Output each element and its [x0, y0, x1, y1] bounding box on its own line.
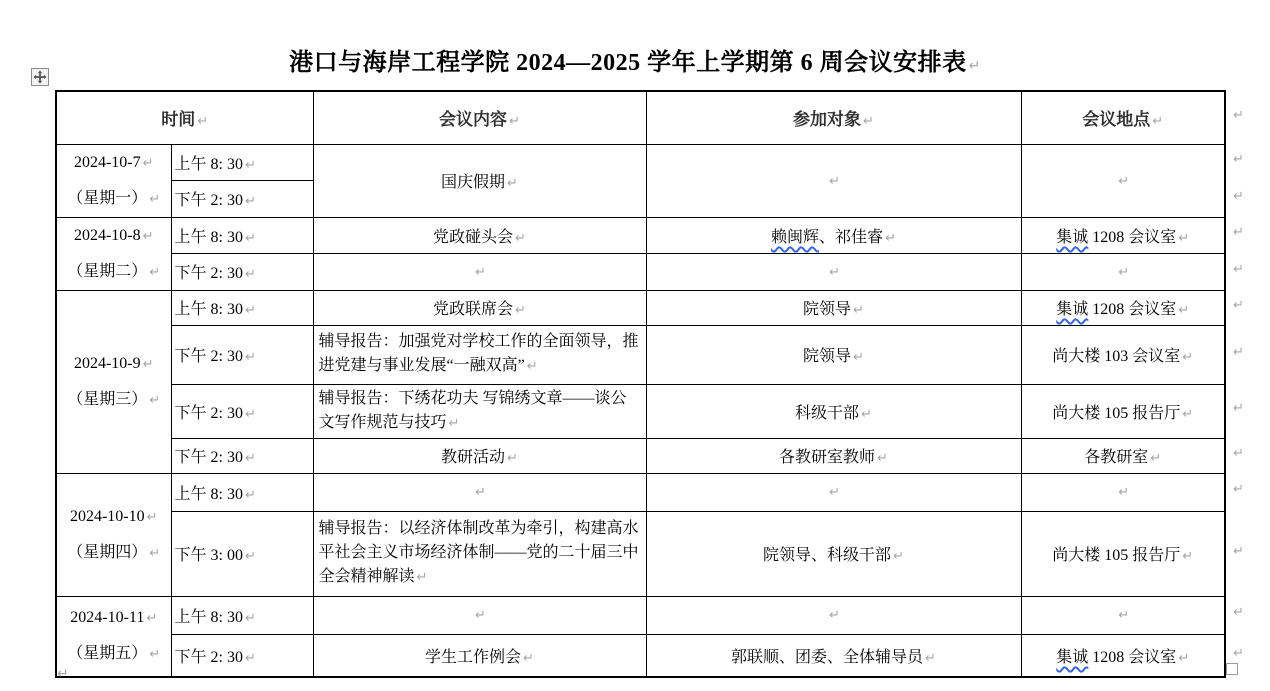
- pilcrow-mark: ↵: [449, 416, 460, 431]
- cell-participants[interactable]: 科级干部↵: [646, 384, 1021, 438]
- pilcrow-mark: ↵: [925, 651, 936, 666]
- cell-content[interactable]: 辅导报告：下绣花功夫 写锦绣文章——谈公文写作规范与技巧↵: [313, 384, 646, 438]
- pilcrow-mark: ↵: [146, 611, 157, 626]
- cell-participants[interactable]: 各教研室教师↵: [646, 438, 1021, 473]
- schedule-table: 时间↵ 会议内容↵ 参加对象↵ 会议地点↵ 2024-10-7↵ （星期一）↵ …: [55, 90, 1226, 678]
- pilcrow-mark: ↵: [853, 350, 864, 365]
- pilcrow-mark: ↵: [1182, 350, 1193, 365]
- pilcrow-mark: ↵: [507, 176, 518, 191]
- pilcrow-mark: ↵: [245, 194, 256, 209]
- table-row: 下午 2: 30↵ ↵ ↵ ↵: [56, 254, 1225, 291]
- pilcrow-mark: ↵: [475, 485, 486, 500]
- table-row: 下午 3: 00↵ 辅导报告：以经济体制改革为牵引，构建高水平社会主义市场经济体…: [56, 511, 1225, 596]
- pilcrow-mark: ↵: [143, 229, 154, 244]
- cell-content[interactable]: 党政碰头会↵: [313, 217, 646, 254]
- misspelled-word: 集诚: [1056, 649, 1088, 666]
- pilcrow-mark: ↵: [515, 231, 526, 246]
- pilcrow-mark: ↵: [245, 451, 256, 466]
- pilcrow-mark: ↵: [829, 265, 840, 280]
- cell-date[interactable]: 2024-10-7↵ （星期一）↵: [56, 144, 171, 217]
- table-header-row: 时间↵ 会议内容↵ 参加对象↵ 会议地点↵: [56, 91, 1225, 144]
- end-of-row-mark: ↵: [1233, 225, 1244, 240]
- pilcrow-mark: ↵: [523, 651, 534, 666]
- cell-date[interactable]: 2024-10-8↵ （星期二）↵: [56, 217, 171, 290]
- cell-time[interactable]: 上午 8: 30↵: [171, 473, 313, 511]
- pilcrow-mark: ↵: [829, 174, 840, 189]
- cell-time[interactable]: 上午 8: 30↵: [171, 144, 313, 181]
- cell-participants[interactable]: 赖闽辉、祁佳睿↵: [646, 217, 1021, 254]
- cell-content[interactable]: 党政联席会↵: [313, 290, 646, 325]
- pilcrow-mark: ↵: [527, 359, 538, 374]
- cell-participants[interactable]: 郭联顺、团委、全体辅导员↵: [646, 634, 1021, 677]
- pilcrow-mark: ↵: [853, 303, 864, 318]
- cell-time[interactable]: 下午 2: 30↵: [171, 438, 313, 473]
- header-time[interactable]: 时间↵: [56, 91, 313, 144]
- cell-participants[interactable]: ↵: [646, 473, 1021, 511]
- pilcrow-mark: ↵: [861, 407, 872, 422]
- cell-time[interactable]: 下午 2: 30↵: [171, 634, 313, 677]
- pilcrow-mark: ↵: [417, 570, 428, 585]
- table-row: 2024-10-9↵ （星期三）↵ 上午 8: 30↵ 党政联席会↵ 院领导↵ …: [56, 290, 1225, 325]
- cell-time[interactable]: 下午 2: 30↵: [171, 254, 313, 291]
- cell-location[interactable]: ↵: [1021, 473, 1225, 511]
- cell-participants[interactable]: 院领导↵: [646, 325, 1021, 384]
- pilcrow-mark: ↵: [1150, 451, 1161, 466]
- end-of-row-mark: ↵: [1233, 446, 1244, 461]
- pilcrow-mark: ↵: [245, 231, 256, 246]
- pilcrow-mark: ↵: [245, 651, 256, 666]
- cell-participants[interactable]: ↵: [646, 144, 1021, 217]
- pilcrow-mark: ↵: [1152, 114, 1163, 129]
- cell-location[interactable]: 集诚 1208 会议室↵: [1021, 634, 1225, 677]
- pilcrow-mark: ↵: [245, 267, 256, 282]
- pilcrow-mark: ↵: [1182, 407, 1193, 422]
- cell-date[interactable]: 2024-10-11↵ （星期五）↵: [56, 596, 171, 677]
- cell-content[interactable]: 学生工作例会↵: [313, 634, 646, 677]
- pilcrow-mark: ↵: [885, 231, 896, 246]
- cell-location[interactable]: 集诚 1208 会议室↵: [1021, 290, 1225, 325]
- pilcrow-mark: ↵: [245, 611, 256, 626]
- pilcrow-mark: ↵: [1178, 651, 1189, 666]
- pilcrow-mark: ↵: [149, 192, 160, 207]
- table-row: 下午 2: 30↵ 辅导报告：加强党对学校工作的全面领导，推进党建与事业发展“一…: [56, 325, 1225, 384]
- cell-location[interactable]: ↵: [1021, 596, 1225, 634]
- end-of-row-mark: ↵: [1233, 401, 1244, 416]
- table-row: 2024-10-8↵ （星期二）↵ 上午 8: 30↵ 党政碰头会↵ 赖闽辉、祁…: [56, 217, 1225, 254]
- cell-participants[interactable]: ↵: [646, 596, 1021, 634]
- table-row: 下午 2: 30↵ 教研活动↵ 各教研室教师↵ 各教研室↵: [56, 438, 1225, 473]
- pilcrow-mark: ↵: [893, 549, 904, 564]
- pilcrow-mark: ↵: [1118, 174, 1129, 189]
- cell-time[interactable]: 下午 2: 30↵: [171, 384, 313, 438]
- pilcrow-mark: ↵: [507, 451, 518, 466]
- cell-time[interactable]: 上午 8: 30↵: [171, 217, 313, 254]
- table-row: 下午 2: 30↵ 辅导报告：下绣花功夫 写锦绣文章——谈公文写作规范与技巧↵ …: [56, 384, 1225, 438]
- pilcrow-mark: ↵: [143, 156, 154, 171]
- cell-time[interactable]: 上午 8: 30↵: [171, 596, 313, 634]
- page-title[interactable]: 港口与海岸工程学院 2024—2025 学年上学期第 6 周会议安排表↵: [0, 42, 1270, 77]
- cell-location[interactable]: 尚大楼 105 报告厅↵: [1021, 384, 1225, 438]
- cell-time[interactable]: 上午 8: 30↵: [171, 290, 313, 325]
- pilcrow-mark: ↵: [829, 485, 840, 500]
- header-content[interactable]: 会议内容↵: [313, 91, 646, 144]
- cell-location[interactable]: 尚大楼 103 会议室↵: [1021, 325, 1225, 384]
- end-of-row-mark: ↵: [1233, 646, 1244, 661]
- header-participants[interactable]: 参加对象↵: [646, 91, 1021, 144]
- pilcrow-mark: ↵: [143, 357, 154, 372]
- cell-content[interactable]: ↵: [313, 254, 646, 291]
- end-of-row-mark: ↵: [1233, 108, 1244, 123]
- pilcrow-mark: ↵: [245, 488, 256, 503]
- end-of-row-mark: ↵: [1233, 152, 1244, 167]
- cell-date[interactable]: 2024-10-10↵ （星期四）↵: [56, 473, 171, 596]
- pilcrow-mark: ↵: [149, 393, 160, 408]
- pilcrow-mark: ↵: [1118, 265, 1129, 280]
- cell-participants[interactable]: ↵: [646, 254, 1021, 291]
- cell-location[interactable]: 各教研室↵: [1021, 438, 1225, 473]
- pilcrow-mark: ↵: [245, 407, 256, 422]
- cell-time[interactable]: 下午 2: 30↵: [171, 181, 313, 218]
- pilcrow-mark: ↵: [197, 114, 208, 129]
- pilcrow-mark: ↵: [245, 549, 256, 564]
- pilcrow-mark: ↵: [829, 608, 840, 623]
- pilcrow-mark: ↵: [515, 303, 526, 318]
- cell-time[interactable]: 下午 3: 00↵: [171, 511, 313, 596]
- pilcrow-mark: ↵: [1178, 303, 1189, 318]
- cell-participants[interactable]: 院领导↵: [646, 290, 1021, 325]
- cell-content[interactable]: 国庆假期↵: [313, 144, 646, 217]
- pilcrow-mark: ↵: [1178, 231, 1189, 246]
- pilcrow-mark: ↵: [149, 647, 160, 662]
- end-of-row-mark: ↵: [1233, 605, 1244, 620]
- misspelled-word: 赖闽辉: [771, 229, 819, 246]
- header-location[interactable]: 会议地点↵: [1021, 91, 1225, 144]
- end-of-row-mark: ↵: [1233, 345, 1244, 360]
- cell-location[interactable]: ↵: [1021, 144, 1225, 217]
- end-of-row-mark: ↵: [1233, 262, 1244, 277]
- end-of-row-mark: ↵: [1233, 298, 1244, 313]
- table-resize-handle[interactable]: [1226, 663, 1238, 675]
- cell-content[interactable]: 辅导报告：以经济体制改革为牵引，构建高水平社会主义市场经济体制——党的二十届三中…: [313, 511, 646, 596]
- pilcrow-mark: ↵: [147, 510, 158, 525]
- cell-content[interactable]: 辅导报告：加强党对学校工作的全面领导，推进党建与事业发展“一融双高”↵: [313, 325, 646, 384]
- table-wrapper: 时间↵ 会议内容↵ 参加对象↵ 会议地点↵ 2024-10-7↵ （星期一）↵ …: [55, 90, 1226, 678]
- cell-date[interactable]: 2024-10-9↵ （星期三）↵: [56, 290, 171, 473]
- table-row: 2024-10-7↵ （星期一）↵ 上午 8: 30↵ 国庆假期↵ ↵ ↵: [56, 144, 1225, 181]
- cell-location[interactable]: ↵: [1021, 254, 1225, 291]
- cell-content[interactable]: ↵: [313, 596, 646, 634]
- table-row: 2024-10-11↵ （星期五）↵ 上午 8: 30↵ ↵ ↵ ↵: [56, 596, 1225, 634]
- end-of-row-mark: ↵: [1233, 482, 1244, 497]
- cell-location[interactable]: 尚大楼 105 报告厅↵: [1021, 511, 1225, 596]
- page: 港口与海岸工程学院 2024—2025 学年上学期第 6 周会议安排表↵ 时间↵…: [0, 0, 1270, 691]
- pilcrow-mark: ↵: [245, 303, 256, 318]
- misspelled-word: 集诚: [1056, 301, 1088, 318]
- cell-content[interactable]: 教研活动↵: [313, 438, 646, 473]
- pilcrow-mark: ↵: [1118, 485, 1129, 500]
- table-row: 下午 2: 30↵ 学生工作例会↵ 郭联顺、团委、全体辅导员↵ 集诚 1208 …: [56, 634, 1225, 677]
- pilcrow-mark: ↵: [149, 265, 160, 280]
- pilcrow-mark: ↵: [1182, 549, 1193, 564]
- pilcrow-mark: ↵: [863, 114, 874, 129]
- pilcrow-mark: ↵: [877, 451, 888, 466]
- table-row: 2024-10-10↵ （星期四）↵ 上午 8: 30↵ ↵ ↵ ↵: [56, 473, 1225, 511]
- pilcrow-mark: ↵: [475, 608, 486, 623]
- pilcrow-mark: ↵: [509, 114, 520, 129]
- pilcrow-mark: ↵: [245, 158, 256, 173]
- end-of-row-mark: ↵: [1233, 189, 1244, 204]
- end-of-row-mark: ↵: [1233, 544, 1244, 559]
- page-title-text: 港口与海岸工程学院 2024—2025 学年上学期第 6 周会议安排表: [289, 50, 967, 76]
- cell-time[interactable]: 下午 2: 30↵: [171, 325, 313, 384]
- pilcrow-mark: ↵: [475, 265, 486, 280]
- cell-content[interactable]: ↵: [313, 473, 646, 511]
- cell-location[interactable]: 集诚 1208 会议室↵: [1021, 217, 1225, 254]
- pilcrow-mark: ↵: [969, 58, 981, 74]
- pilcrow-mark: ↵: [1118, 608, 1129, 623]
- pilcrow-mark: ↵: [57, 666, 69, 682]
- pilcrow-mark: ↵: [149, 546, 160, 561]
- pilcrow-mark: ↵: [245, 350, 256, 365]
- misspelled-word: 集诚: [1056, 229, 1088, 246]
- cell-participants[interactable]: 院领导、科级干部↵: [646, 511, 1021, 596]
